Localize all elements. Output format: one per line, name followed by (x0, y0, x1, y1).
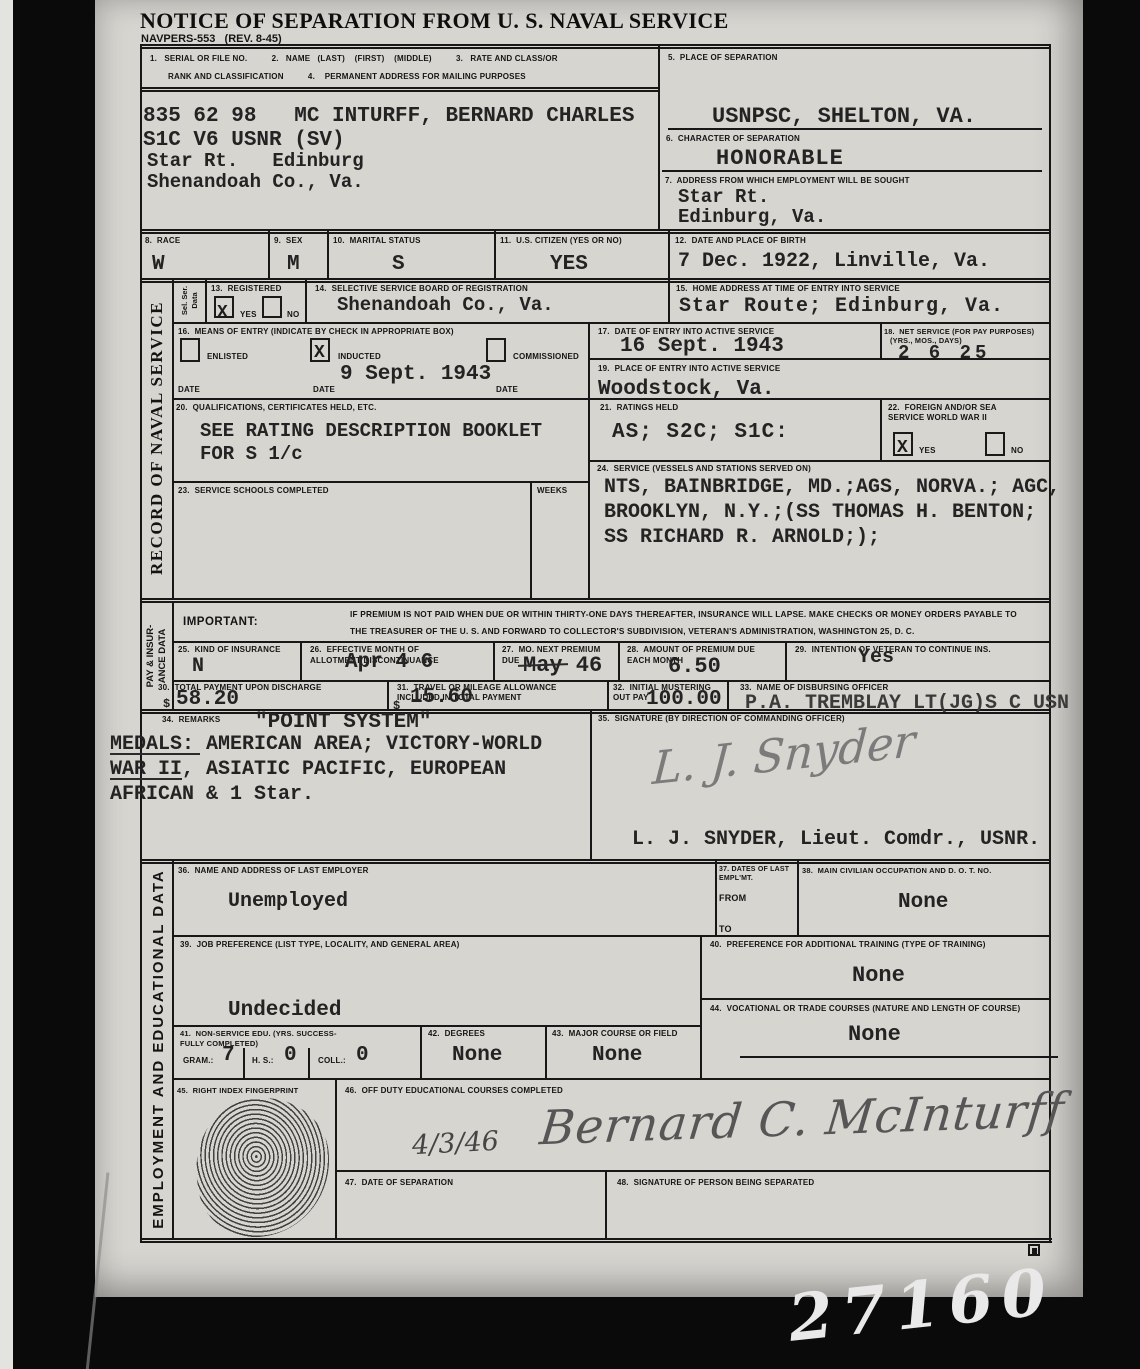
box32-label-line2: OUT PAY (613, 693, 649, 703)
coll-value: 0 (356, 1043, 369, 1068)
divider (140, 1238, 1052, 1243)
divider (140, 229, 1050, 234)
divider (493, 641, 495, 681)
box21-label: 21. RATINGS HELD (600, 403, 678, 413)
box46-label: 46. OFF DUTY EDUCATIONAL COURSES COMPLET… (345, 1086, 563, 1096)
divider (494, 229, 496, 279)
vessels-line3: SS RICHARD R. ARNOLD;); (604, 526, 880, 550)
box10-label: 10. MARITAL STATUS (333, 236, 421, 246)
divider (140, 278, 1050, 283)
character-of-separation-value: HONORABLE (716, 146, 844, 172)
box1-label-line1: 1. SERIAL OR FILE NO. 2. NAME (LAST) (FI… (150, 54, 558, 64)
sea-service-no-label: NO (1011, 446, 1023, 456)
disbursing-officer-value: P.A. TREMBLAY LT(JG)S C USN (745, 692, 1069, 716)
divider (727, 680, 729, 710)
divider (700, 998, 1050, 1000)
inducted-label: INDUCTED (338, 352, 381, 362)
inducted-checkmark: X (314, 343, 325, 363)
box30-currency: $ (163, 697, 170, 711)
box19-label: 19. PLACE OF ENTRY INTO ACTIVE SERVICE (598, 364, 780, 374)
divider (308, 1048, 310, 1078)
enlisted-checkbox (180, 338, 200, 362)
box14-label: 14. SELECTIVE SERVICE BOARD OF REGISTRAT… (315, 284, 528, 294)
trade-courses-value: None (848, 1022, 901, 1048)
divider (420, 1025, 422, 1079)
qualifications-line2: FOR S 1/c (200, 443, 303, 466)
date-label-commissioned: DATE (496, 385, 518, 395)
corner-registration-mark (1028, 1244, 1040, 1256)
box47-label: 47. DATE OF SEPARATION (345, 1178, 453, 1188)
mailing-address-line2: Shenandoah Co., Va. (147, 171, 364, 194)
divider (243, 1048, 245, 1078)
divider (785, 641, 787, 681)
home-address-value: Star Route; Edinburg, Va. (679, 295, 1004, 319)
section-label-sel-ser-data: Sel. Ser.Data (175, 279, 205, 322)
box24-label: 24. SERVICE (VESSELS AND STATIONS SERVED… (597, 464, 811, 474)
gram-value: 7 (222, 1043, 235, 1068)
box42-label: 42. DEGREES (428, 1029, 485, 1039)
box7-label: 7. ADDRESS FROM WHICH EMPLOYMENT WILL BE… (665, 176, 910, 186)
divider (387, 680, 389, 710)
box41-label-line1: 41. NON-SERVICE EDU. (YRS. SUCCESS- (180, 1029, 337, 1038)
box25-label: 25. KIND OF INSURANCE (178, 645, 281, 655)
divider (172, 278, 174, 599)
divider (140, 87, 658, 92)
total-payment-value: 58.20 (176, 687, 239, 712)
commissioned-checkbox (486, 338, 506, 362)
underline-mark (110, 753, 200, 755)
box48-label: 48. SIGNATURE OF PERSON BEING SEPARATED (617, 1178, 814, 1188)
box22-label-line1: 22. FOREIGN AND/OR SEA (888, 403, 997, 413)
sel-ser-line2: Data (190, 286, 200, 315)
section-label-pay-insurance-data: PAY & INSUR-ANCE DATA (142, 603, 172, 709)
divider (172, 680, 1050, 682)
divider (530, 481, 532, 599)
divider (700, 935, 702, 1079)
box6-label: 6. CHARACTER OF SEPARATION (666, 134, 800, 144)
box37-to-label: TO (719, 924, 732, 935)
box22-label-line2: SERVICE WORLD WAR II (888, 413, 987, 423)
hs-label: H. S.: (252, 1056, 274, 1066)
divider (327, 229, 329, 279)
divider (172, 602, 174, 710)
important-text-line1: IF PREMIUM IS NOT PAID WHEN DUE OR WITHI… (350, 609, 1017, 619)
underline-mark (110, 778, 182, 780)
date-label-inducted: DATE (313, 385, 335, 395)
commanding-officer-typed-name: L. J. SNYDER, Lieut. Comdr., USNR. (632, 828, 1040, 852)
divider (588, 322, 590, 399)
registered-no-label: NO (287, 310, 299, 320)
premium-amount-value: 6.50 (668, 654, 721, 680)
divider (590, 709, 592, 860)
box44-label: 44. VOCATIONAL OR TRADE COURSES (NATURE … (710, 1004, 1020, 1014)
box13-label: 13. REGISTERED (211, 284, 282, 294)
place-of-entry-value: Woodstock, Va. (598, 377, 774, 402)
remarks-line4: AFRICAN & 1 Star. (110, 783, 314, 807)
hs-value: 0 (284, 1043, 297, 1068)
divider (172, 1025, 702, 1027)
divider (140, 859, 1050, 864)
box39-label: 39. JOB PREFERENCE (LIST TYPE, LOCALITY,… (180, 940, 460, 950)
separation-date-handwritten: 4/3/46 (411, 1126, 499, 1162)
divider (715, 859, 717, 936)
sea-service-yes-checkmark: X (897, 438, 908, 458)
divider (668, 278, 670, 323)
box11-label: 11. U.S. CITIZEN (YES OR NO) (500, 236, 622, 246)
employment-address-line2: Edinburg, Va. (678, 206, 826, 229)
section-label-employment-educational-data: EMPLOYMENT AND EDUCATIONAL DATA (143, 860, 174, 1238)
divider (305, 278, 307, 323)
allotment-discontinuance-value: Apr 4 6 (345, 650, 433, 675)
last-employer-value: Unemployed (228, 890, 348, 914)
divider (268, 229, 270, 279)
pay-band-line1: PAY & INSUR- (145, 625, 157, 688)
form-right-border (1049, 44, 1051, 1243)
important-text-line2: THE TREASURER OF THE U. S. AND FORWARD T… (350, 626, 915, 636)
induction-date-value: 9 Sept. 1943 (340, 362, 491, 387)
coll-label: COLL.: (318, 1056, 346, 1066)
job-preference-value: Undecided (228, 998, 341, 1023)
divider (605, 1170, 607, 1239)
registered-no-checkbox (262, 296, 282, 318)
box45-label: 45. RIGHT INDEX FINGERPRINT (177, 1086, 298, 1095)
box40-label: 40. PREFERENCE FOR ADDITIONAL TRAINING (… (710, 940, 986, 950)
divider (172, 641, 1050, 643)
box35-label: 35. SIGNATURE (BY DIRECTION OF COMMANDIN… (598, 714, 845, 724)
enlisted-label: ENLISTED (207, 352, 248, 362)
divider (880, 398, 882, 461)
divider (300, 641, 302, 681)
important-label: IMPORTANT: (183, 615, 258, 629)
serial-and-name-value: 835 62 98 MC INTURFF, BERNARD CHARLES (143, 104, 634, 129)
major-course-value: None (592, 1043, 642, 1068)
divider (335, 1170, 1050, 1172)
divider (658, 44, 660, 230)
divider (607, 680, 609, 710)
birth-date-place-value: 7 Dec. 1922, Linville, Va. (678, 250, 990, 274)
divider (172, 481, 590, 483)
divider (588, 460, 1050, 462)
box36-label: 36. NAME AND ADDRESS OF LAST EMPLOYER (178, 866, 369, 876)
divider (880, 322, 882, 359)
divider (140, 598, 1050, 603)
box12-label: 12. DATE AND PLACE OF BIRTH (675, 236, 806, 246)
box38-label: 38. MAIN CIVILIAN OCCUPATION AND D. O. T… (802, 866, 992, 875)
date-label-enlisted: DATE (178, 385, 200, 395)
divider (172, 935, 1050, 937)
box8-label: 8. RACE (145, 236, 180, 246)
registered-yes-label: YES (240, 310, 257, 320)
divider (140, 44, 1050, 49)
remarks-line1: "POINT SYSTEM" (255, 710, 431, 735)
divider (335, 1078, 337, 1239)
travel-allowance-value: 15.60 (410, 685, 473, 710)
registered-yes-checkmark: X (217, 303, 228, 323)
additional-training-value: None (852, 963, 905, 989)
divider (740, 1056, 1058, 1058)
film-edge-strip (0, 0, 13, 1369)
box9-label: 9. SEX (274, 236, 303, 246)
qualifications-line1: SEE RATING DESCRIPTION BOOKLET (200, 420, 542, 443)
kind-of-insurance-value: N (192, 655, 204, 679)
divider (172, 1078, 1050, 1080)
weeks-column-label: WEEKS (537, 486, 567, 496)
vessels-line2: BROOKLYN, N.Y.;(SS THOMAS H. BENTON; (604, 501, 1036, 525)
divider (545, 1025, 547, 1079)
vessels-line1: NTS, BAINBRIDGE, MD.;AGS, NORVA.; AGC, (604, 476, 1060, 500)
selective-service-board-value: Shenandoah Co., Va. (337, 294, 554, 317)
mailing-address-line1: Star Rt. Edinburg (147, 150, 364, 173)
pay-band-line2: ANCE DATA (157, 625, 169, 688)
divider (172, 322, 1050, 324)
civilian-occupation-value: None (898, 890, 948, 915)
net-service-value: 2 6 25 (898, 342, 990, 365)
sea-service-no-checkbox (985, 432, 1005, 456)
box41-label-line2: FULLY COMPLETED) (180, 1039, 258, 1048)
divider (205, 278, 207, 323)
photo-background: NOTICE OF SEPARATION FROM U. S. NAVAL SE… (0, 0, 1140, 1369)
mustering-out-pay-value: 100.00 (646, 687, 722, 712)
sex-value: M (287, 252, 300, 277)
continue-insurance-value: Yes (858, 646, 894, 670)
box15-label: 15. HOME ADDRESS AT TIME OF ENTRY INTO S… (676, 284, 900, 294)
divider (668, 229, 670, 279)
us-citizen-value: YES (550, 252, 588, 277)
box43-label: 43. MAJOR COURSE OR FIELD (552, 1029, 678, 1039)
box27-label-line2: DUE (502, 656, 520, 666)
box20-label: 20. QUALIFICATIONS, CERTIFICATES HELD, E… (176, 403, 377, 413)
box5-label: 5. PLACE OF SEPARATION (668, 53, 778, 63)
gram-label: GRAM.: (183, 1056, 214, 1066)
divider (618, 641, 620, 681)
place-of-separation-value: USNPSC, SHELTON, VA. (712, 104, 976, 130)
ratings-held-value: AS; S2C; S1C: (612, 420, 789, 445)
race-value: W (152, 252, 165, 277)
box23-label: 23. SERVICE SCHOOLS COMPLETED (178, 486, 329, 496)
sea-service-yes-label: YES (919, 446, 936, 456)
page-title: NOTICE OF SEPARATION FROM U. S. NAVAL SE… (140, 8, 729, 34)
box37-label: 37. DATES OF LAST EMPL'MT. (719, 866, 795, 884)
commissioned-label: COMMISSIONED (513, 352, 579, 362)
marital-status-value: S (392, 252, 405, 277)
section-label-record-of-naval-service: RECORD OF NAVAL SERVICE (141, 278, 172, 598)
box34-label: 34. REMARKS (162, 715, 220, 725)
box18-label: 18. NET SERVICE (FOR PAY PURPOSES) (884, 327, 1034, 336)
box1-label-line2: RANK AND CLASSIFICATION 4. PERMANENT ADD… (168, 72, 526, 82)
divider (588, 398, 590, 599)
entry-date-value: 16 Sept. 1943 (620, 334, 784, 359)
box16-label: 16. MEANS OF ENTRY (INDICATE BY CHECK IN… (178, 327, 454, 337)
degrees-value: None (452, 1043, 502, 1068)
box37-from-label: FROM (719, 893, 746, 904)
sel-ser-line1: Sel. Ser. (180, 286, 190, 315)
divider (797, 859, 799, 936)
